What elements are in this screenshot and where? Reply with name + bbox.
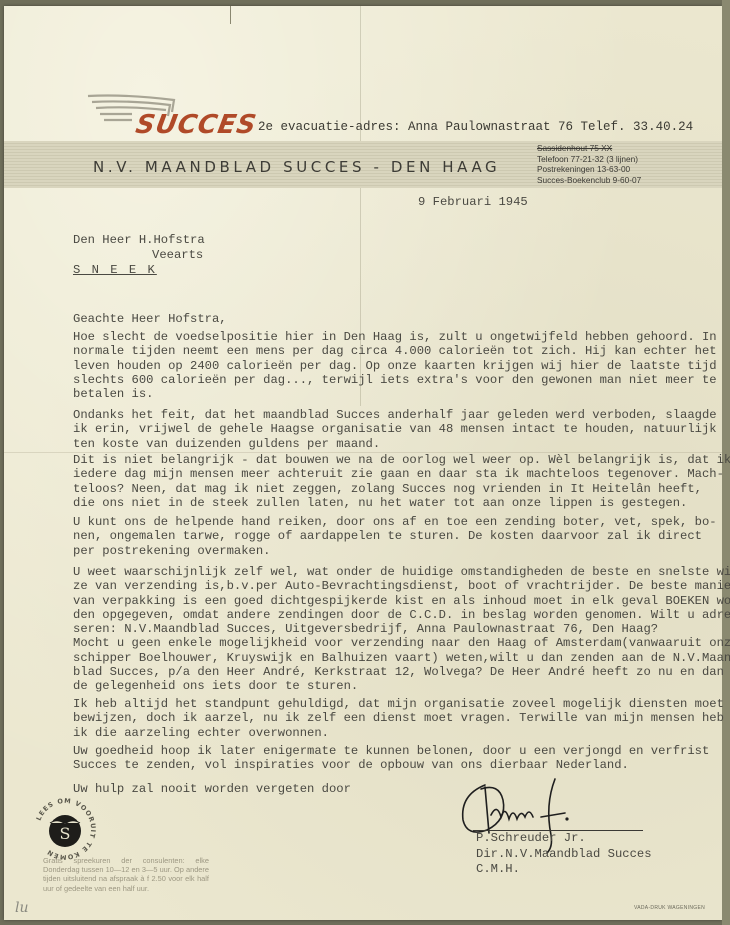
postal-accounts: Postrekeningen 13-63-00 bbox=[537, 164, 641, 175]
signature-block: P.Schreuder Jr. Dir.N.V.Maandblad Succes… bbox=[476, 831, 652, 878]
fold-mark bbox=[230, 6, 231, 24]
salutation: Geachte Heer Hofstra, bbox=[73, 312, 227, 326]
paragraph: Ik heb altijd het standpunt gehuldigd, d… bbox=[73, 697, 724, 740]
book-club-account: Succes-Boekenclub 9-60-07 bbox=[537, 175, 641, 186]
evacuation-address: 2e evacuatie-adres: Anna Paulownastraat … bbox=[258, 120, 693, 134]
seal-letter: S bbox=[60, 824, 71, 843]
struck-address: Sassidenhout 75 XX bbox=[537, 143, 641, 154]
paragraph: Hoe slecht de voedselpositie hier in Den… bbox=[73, 330, 717, 401]
recipient-name: Den Heer H.Hofstra bbox=[73, 233, 205, 247]
pencil-annotation: lu bbox=[15, 900, 29, 916]
contact-details: Sassidenhout 75 XX Telefoon 77-21-32 (3 … bbox=[537, 143, 641, 185]
recipient-city: S N E E K bbox=[73, 263, 157, 277]
paragraph: Uw goedheid hoop ik later enigermate te … bbox=[73, 744, 709, 773]
printer-mark: VADA-DRUK WAGENINGEN bbox=[634, 905, 705, 911]
paragraph: U kunt ons de helpende hand reiken, door… bbox=[73, 515, 717, 558]
paragraph: Ondanks het feit, dat het maandblad Succ… bbox=[73, 408, 717, 451]
consultation-hours-note: Gratis spreekuren der consulenten: elke … bbox=[43, 856, 209, 893]
closing-line: Uw hulp zal nooit worden vergeten door bbox=[73, 782, 351, 796]
paragraph: U weet waarschijnlijk zelf wel, wat onde… bbox=[73, 565, 730, 694]
letter-date: 9 Februari 1945 bbox=[418, 195, 528, 209]
company-name: N.V. MAANDBLAD SUCCES - DEN HAAG bbox=[93, 158, 500, 176]
brand-logo: SUCCES bbox=[133, 110, 259, 140]
recipient-title: Veearts bbox=[152, 248, 203, 262]
seal-emblem-icon: S LEES OM VOORUIT TE KOMEN bbox=[34, 798, 96, 860]
phone-number: Telefoon 77-21-32 (3 lijnen) bbox=[537, 154, 641, 165]
paragraph: Dit is niet belangrijk - dat bouwen we n… bbox=[73, 453, 730, 510]
